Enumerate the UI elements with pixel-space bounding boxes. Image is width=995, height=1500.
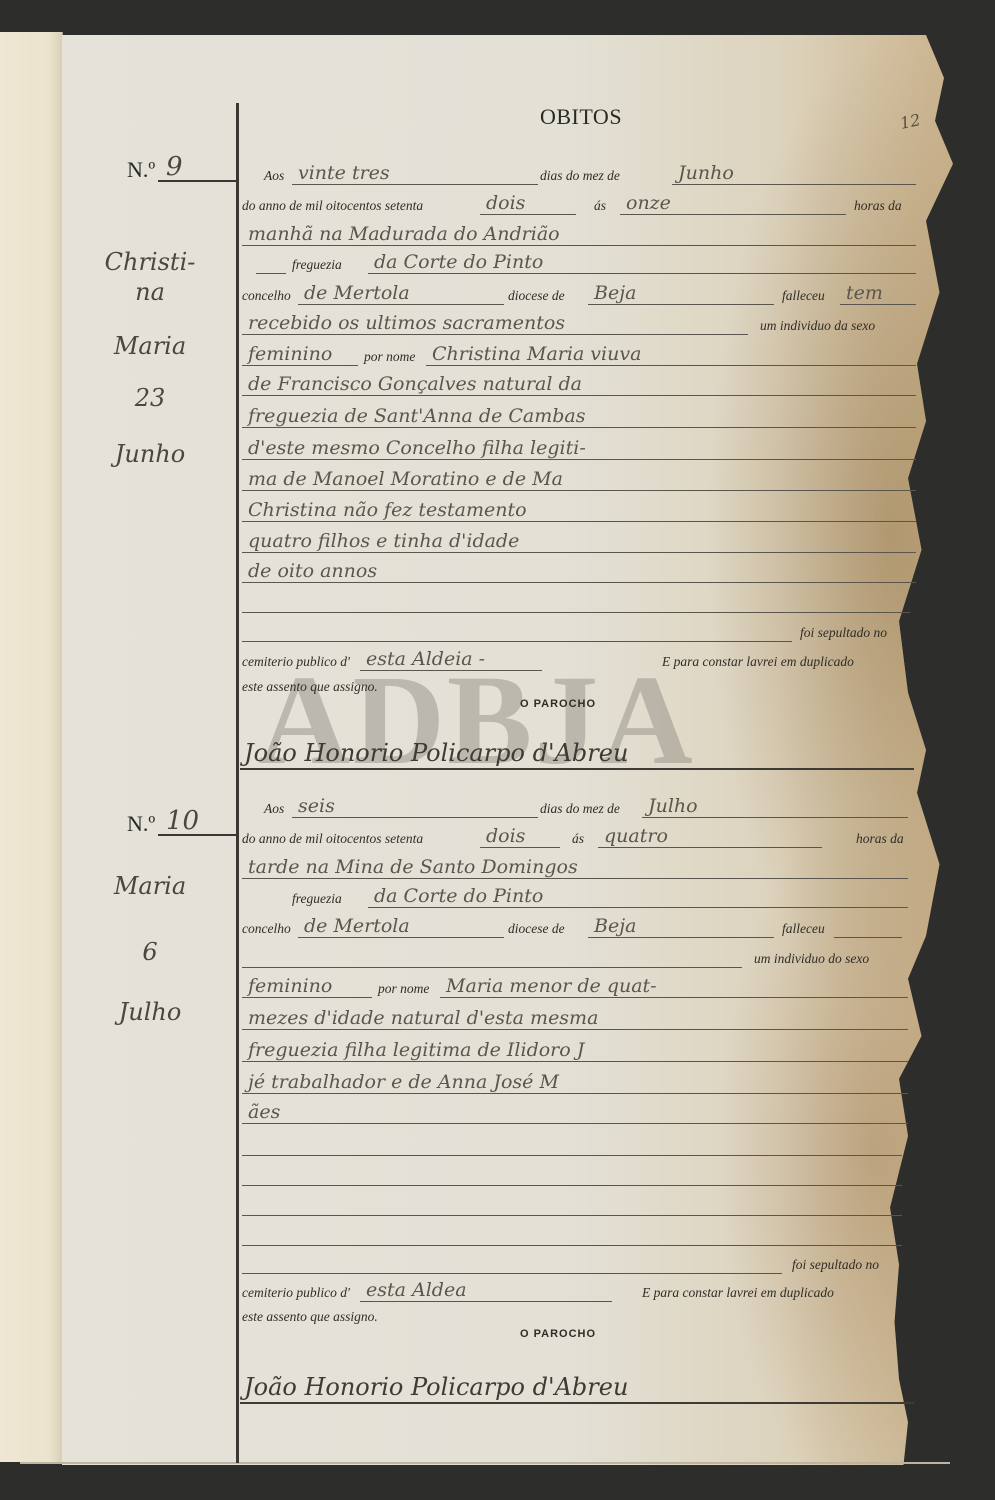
field-concelho: de Mertola <box>298 282 504 305</box>
label-as: ás <box>572 831 584 847</box>
entry-number-label: N.º <box>127 811 155 837</box>
field-year: dois <box>480 192 576 215</box>
page-bottom-edge <box>20 1462 950 1464</box>
entry-number-label: N.º <box>127 157 155 183</box>
field-day: vinte tres <box>292 162 538 185</box>
parocho-label: O PAROCHO <box>520 1328 596 1340</box>
label-sepultado: foi sepultado no <box>800 625 887 641</box>
label-diocese: diocese de <box>508 921 565 937</box>
entry-number: 9 <box>158 154 236 182</box>
field-place: manhã na Madurada do Andrião <box>242 223 916 246</box>
label-individuo: um individuo do sexo <box>754 951 869 967</box>
field-place: tarde na Mina de Santo Domingos <box>242 856 908 879</box>
margin-day: 23 <box>80 384 220 412</box>
label-as: ás <box>594 198 606 214</box>
label-falleceu: falleceu <box>782 921 825 937</box>
line-sepultado: foi sepultado no <box>242 614 910 644</box>
field-day: seis <box>292 795 538 818</box>
line-nome: feminino por nome Christina Maria viuva <box>242 338 910 368</box>
label-assento: este assento que assigno. <box>242 679 378 695</box>
field-notes-line2: freguezia de Sant'Anna de Cambas <box>242 405 916 428</box>
field-notes-line1: de Francisco Gonçalves natural da <box>242 373 916 396</box>
line-sepultado: foi sepultado no <box>242 1246 910 1276</box>
field-hour: quatro <box>598 825 822 848</box>
field-freguezia: da Corte do Pinto <box>368 251 916 274</box>
label-sepultado: foi sepultado no <box>792 1257 879 1273</box>
margin-divider-line <box>236 103 239 1463</box>
line-place: tarde na Mina de Santo Domingos <box>242 851 910 881</box>
margin-name-line3: Maria <box>80 332 220 360</box>
field-notes-line6: quatro filhos e tinha d'idade <box>242 530 916 553</box>
field-sacraments: recebido os ultimos sacramentos <box>242 312 748 335</box>
parocho-signature: João Honorio Policarpo d'Abreu <box>240 738 914 770</box>
field-concelho: de Mertola <box>298 915 504 938</box>
label-aos: Aos <box>264 168 284 184</box>
field-nome: Christina Maria viuva <box>426 343 916 366</box>
line-individuo: um individuo do sexo <box>242 940 910 970</box>
label-por-nome: por nome <box>378 981 429 997</box>
line-concelho: concelho de Mertola diocese de Beja fall… <box>242 910 910 940</box>
field-diocese: Beja <box>588 282 774 305</box>
label-dias-do-mez: dias do mez de <box>540 168 620 184</box>
margin-day: 6 <box>80 938 220 966</box>
field-notes-line4: ma de Manoel Moratino e de Ma <box>242 468 916 491</box>
line-nome: feminino por nome Maria menor de quat- <box>242 970 910 1000</box>
field-notes-line4: ães <box>242 1101 908 1124</box>
label-falleceu: falleceu <box>782 288 825 304</box>
label-concelho: concelho <box>242 921 291 937</box>
field-falleceu: tem <box>840 282 916 305</box>
field-notes-line7: de oito annos <box>242 560 916 583</box>
label-anno: do anno de mil oitocentos setenta <box>242 198 423 214</box>
field-notes-line2: freguezia filha legitima de Ilidoro J <box>242 1039 908 1062</box>
label-freguezia: freguezia <box>292 257 342 273</box>
field-sexo: feminino <box>242 975 372 998</box>
line-freguezia: freguezia da Corte do Pinto <box>242 246 910 276</box>
field-notes-line5: Christina não fez testamento <box>242 499 916 522</box>
book-spine-edge <box>0 32 63 1462</box>
label-individuo: um individuo da sexo <box>760 318 875 334</box>
line-concelho: concelho de Mertola diocese de Beja fall… <box>242 277 910 307</box>
field-year: dois <box>480 825 560 848</box>
parocho-signature: João Honorio Policarpo d'Abreu <box>240 1372 914 1404</box>
label-horas-da: horas da <box>854 198 902 214</box>
field-diocese: Beja <box>588 915 774 938</box>
label-dias-do-mez: dias do mez de <box>540 801 620 817</box>
line-year: do anno de mil oitocentos setenta dois á… <box>242 187 910 217</box>
field-notes-line3: jé trabalhador e de Anna José M <box>242 1071 908 1094</box>
label-por-nome: por nome <box>364 349 415 365</box>
margin-name-line2: na <box>80 278 220 306</box>
line-year: do anno de mil oitocentos setenta dois á… <box>242 820 910 850</box>
label-assento: este assento que assigno. <box>242 1309 378 1325</box>
margin-name-line1: Christi- <box>80 248 220 276</box>
parocho-label: O PAROCHO <box>520 698 596 710</box>
line-freguezia: freguezia da Corte do Pinto <box>242 880 910 910</box>
line-date: Aos seis dias do mez de Julho <box>242 790 910 820</box>
field-notes-line3: d'este mesmo Concelho filha legiti- <box>242 437 916 460</box>
line-place: manhã na Madurada do Andrião <box>242 218 910 248</box>
label-aos: Aos <box>264 801 284 817</box>
field-notes-line1: mezes d'idade natural d'esta mesma <box>242 1007 908 1030</box>
field-hour: onze <box>620 192 846 215</box>
page-title: OBITOS <box>540 104 622 130</box>
field-month: Junho <box>672 162 916 185</box>
margin-month: Julho <box>80 998 220 1026</box>
line-sacraments: recebido os ultimos sacramentos um indiv… <box>242 307 910 337</box>
label-concelho: concelho <box>242 288 291 304</box>
label-horas-da: horas da <box>856 831 904 847</box>
line-date: Aos vinte tres dias do mez de Junho <box>242 157 910 187</box>
field-nome: Maria menor de quat- <box>440 975 908 998</box>
margin-month: Junho <box>80 440 220 468</box>
field-sexo: feminino <box>242 343 358 366</box>
field-month: Julho <box>642 795 908 818</box>
label-diocese: diocese de <box>508 288 565 304</box>
margin-name-line1: Maria <box>80 872 220 900</box>
field-freguezia: da Corte do Pinto <box>368 885 908 908</box>
label-anno: do anno de mil oitocentos setenta <box>242 831 423 847</box>
entry-number: 10 <box>158 808 236 836</box>
label-freguezia: freguezia <box>292 891 342 907</box>
